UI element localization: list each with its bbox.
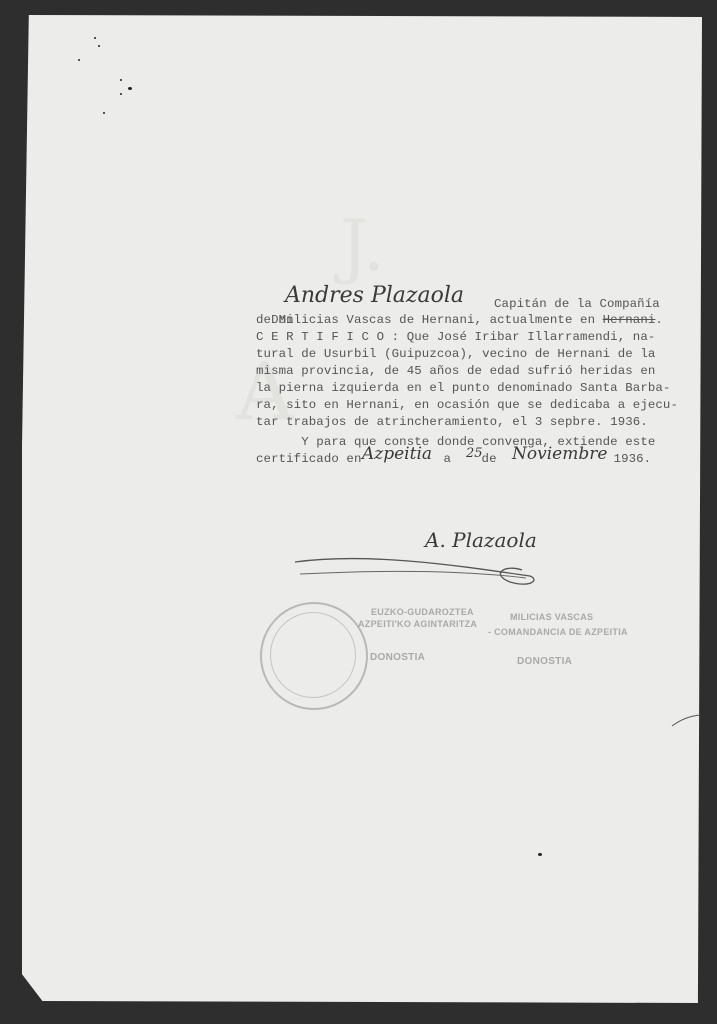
certificate-line-8: tar trabajos de atrincheramiento, el 3 s…: [256, 414, 648, 430]
certificate-line-1-suffix: Capitán de la Compañía: [494, 296, 660, 312]
text-segment: .: [655, 313, 663, 327]
document-page: J. A: [22, 15, 702, 1003]
watermark: J.: [340, 205, 385, 287]
ink-speck: [98, 45, 100, 47]
ink-speck: [120, 79, 122, 81]
certificate-line-3: C E R T I F I C O : Que José Iribar Illa…: [256, 329, 655, 345]
ink-speck: [94, 37, 96, 39]
stamp-left-line-1: EUZKO-GUDAROZTEA: [371, 607, 474, 617]
struck-text: Hernani: [603, 313, 656, 327]
handwritten-name: Andres Plazaola: [285, 283, 464, 308]
ink-speck: [78, 59, 80, 61]
ink-speck: [538, 853, 542, 856]
signature-flourish: [290, 548, 540, 592]
certificate-line-7: ra, sito en Hernani, en ocasión que se d…: [256, 397, 678, 413]
stamp-right-city: DONOSTIA: [517, 656, 572, 667]
pen-mark: [670, 710, 702, 730]
ink-speck: [103, 112, 105, 114]
stamp-right-line-2: - COMANDANCIA DE AZPEITIA: [488, 627, 628, 637]
certificate-line-6: la pierna izquierda en el punto denomina…: [256, 380, 670, 396]
stamp-right-line-1: MILICIAS VASCAS: [510, 612, 593, 622]
ink-speck: [120, 93, 122, 95]
certificate-line-2: de Milicias Vascas de Hernani, actualmen…: [256, 312, 663, 328]
text-segment: de: [474, 451, 504, 467]
certificate-line-4: tural de Usurbil (Guipuzcoa), vecino de …: [256, 346, 655, 362]
text-segment: a: [436, 451, 451, 467]
circular-seal: [260, 602, 368, 710]
handwritten-month: Noviembre: [512, 444, 607, 464]
handwritten-place: Azpeitia: [362, 444, 432, 464]
certificate-line-10: certificado en: [256, 451, 369, 467]
ink-speck: [128, 87, 132, 90]
text-segment: de Milicias Vascas de Hernani, actualmen…: [256, 313, 603, 327]
stamp-left-line-2: AZPEITI'KO AGINTARITZA: [358, 619, 477, 629]
certificate-line-5: misma provincia, de 45 años de edad sufr…: [256, 363, 655, 379]
stamp-left-city: DONOSTIA: [370, 652, 425, 663]
text-segment: 1936.: [606, 451, 651, 467]
